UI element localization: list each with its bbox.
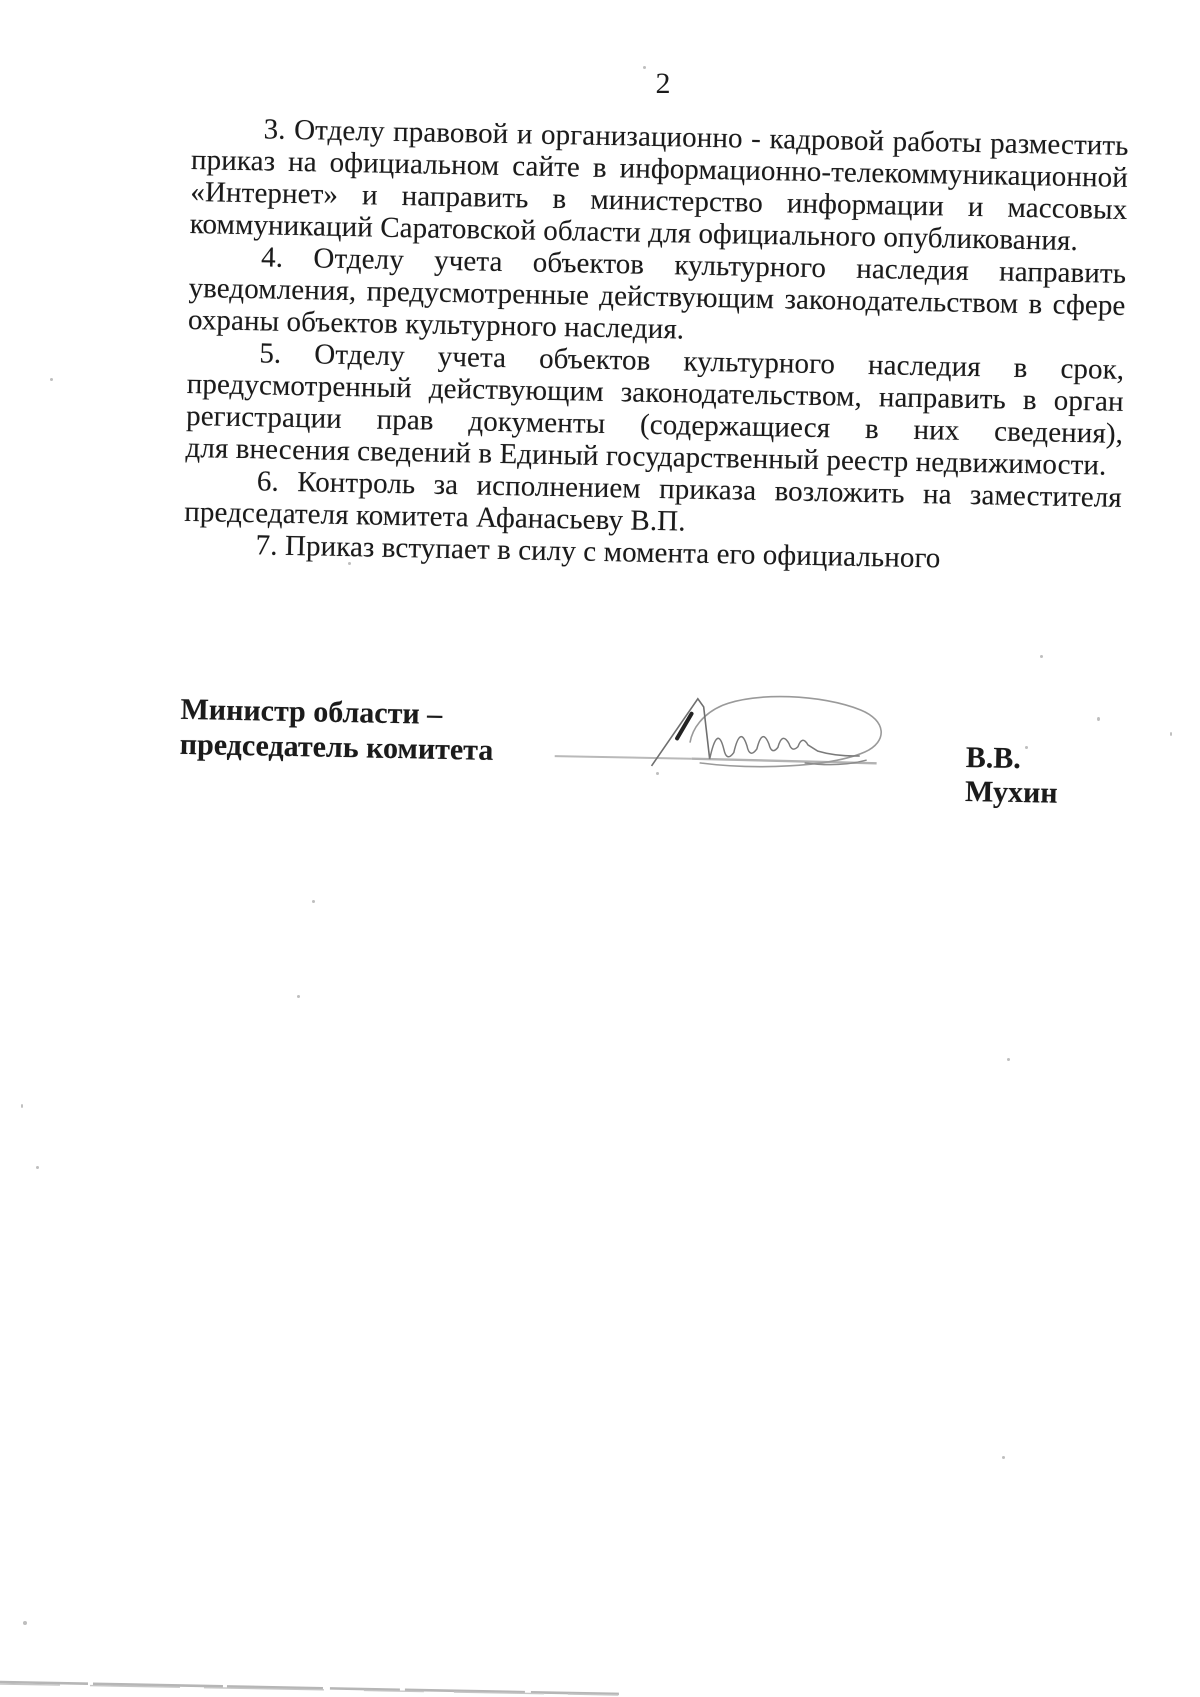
signature-scribble-icon [549, 674, 901, 776]
document-content: 3. Отделу правовой и организационно - ка… [178, 112, 1129, 870]
scan-speck [656, 772, 659, 775]
scan-speck [23, 1621, 27, 1625]
scan-speck [297, 995, 300, 998]
scan-speck [1170, 732, 1172, 736]
order-paragraphs: 3. Отделу правовой и организационно - ка… [183, 112, 1128, 578]
scan-speck [36, 1166, 39, 1169]
page-number: 2 [637, 68, 689, 100]
document-page: 2 3. Отделу правовой и организационно - … [0, 0, 1200, 1697]
scan-speck [1040, 655, 1043, 658]
scan-edge-artifact [0, 1674, 680, 1697]
scan-speck [348, 562, 351, 565]
scan-speck [643, 66, 646, 69]
signature-block: Министр области – председатель комитета … [178, 692, 1118, 870]
scan-speck [1007, 1058, 1010, 1061]
scan-speck [1025, 746, 1028, 749]
scan-speck [312, 900, 315, 903]
scan-speck [1002, 1456, 1005, 1459]
signatory-name: В.В. Мухин [965, 741, 1117, 812]
scan-speck [21, 1104, 23, 1108]
scan-speck [50, 378, 53, 381]
scan-speck [1097, 717, 1100, 721]
